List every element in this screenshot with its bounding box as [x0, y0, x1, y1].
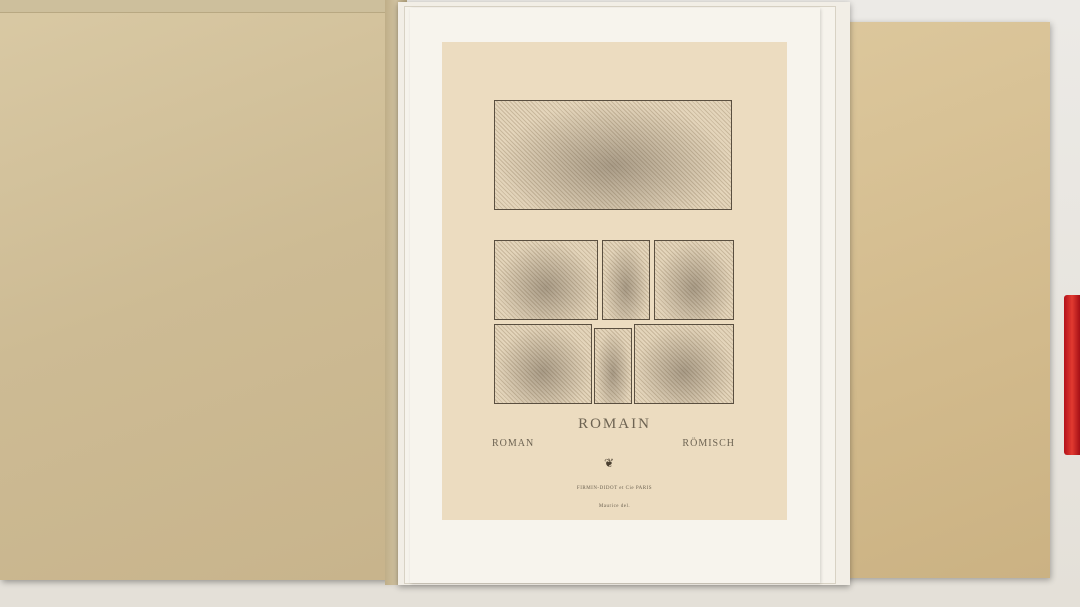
plate-title-right: RÖMISCH — [682, 438, 735, 449]
plate-title-main: ROMAIN — [442, 416, 787, 433]
red-object — [1064, 295, 1080, 455]
engraving-bottom-center — [594, 328, 632, 404]
engraving-bottom-left — [494, 324, 592, 404]
portfolio-right-cover — [832, 22, 1050, 578]
ornament-icon: ❦ — [604, 456, 614, 471]
engraving-bottom-right — [634, 324, 734, 404]
portfolio-left-cover — [0, 0, 392, 580]
engraving-top-scene — [494, 100, 732, 210]
plate-title-left: ROMAN — [492, 438, 534, 449]
publisher-line: FIRMIN-DIDOT et Cie PARIS — [442, 486, 787, 491]
cover-edge — [0, 0, 400, 13]
engraving-mid-right — [654, 240, 734, 320]
engraving-mid-center — [602, 240, 650, 320]
engraving-mid-left — [494, 240, 598, 320]
engraved-plate: ROMAIN ROMAN RÖMISCH ❦ FIRMIN-DIDOT et C… — [442, 42, 787, 520]
artist-signature: Maurice del. — [442, 504, 787, 509]
